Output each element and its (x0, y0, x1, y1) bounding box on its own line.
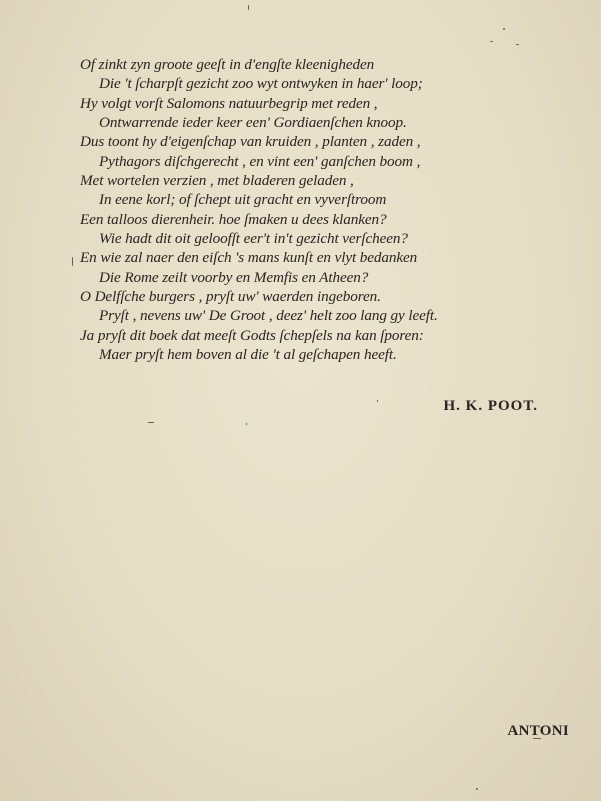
ink-speck (72, 257, 73, 266)
book-page: Of zinkt zyn groote geeſt in d'engſte kl… (0, 0, 601, 801)
poem-line: Of zinkt zyn groote geeſt in d'engſte kl… (80, 55, 540, 74)
poem-line: Die 't ſcharpſt gezicht zoo wyt ontwyken… (80, 74, 540, 93)
poem-line: Pythagors diſchgerecht , en vint een' ga… (80, 152, 540, 171)
ink-speck (148, 422, 154, 423)
poem-line: O Delfſche burgers , pryſt uw' waerden i… (80, 287, 540, 306)
ink-speck (516, 44, 519, 45)
poem-line: Wie hadt dit oit geloofſt eer't in't gez… (80, 229, 540, 248)
ink-speck (503, 28, 505, 30)
ink-speck (476, 788, 478, 790)
poem-line: En wie zal naer den eiſch 's mans kunſt … (80, 248, 540, 267)
poem-line: Hy volgt vorſt Salomons natuurbegrip met… (80, 94, 540, 113)
ink-speck (246, 423, 247, 425)
poem-line: In eene korl; of ſchept uit gracht en vy… (80, 190, 540, 209)
poem-line: Die Rome zeilt voorby en Memfis en Athee… (80, 268, 540, 287)
ink-speck (490, 41, 493, 42)
poem-line: Een talloos dierenheir. hoe ſmaken u dee… (80, 210, 540, 229)
ink-speck (533, 738, 541, 739)
poem-line: Ja pryſt dit boek dat meeſt Godts ſchepſ… (80, 326, 540, 345)
author-signature: H. K. POOT. (444, 398, 538, 415)
ink-speck (248, 5, 249, 10)
ink-speck (377, 400, 378, 402)
poem-line: Ontwarrende ieder keer een' Gordiaenſche… (80, 113, 540, 132)
poem-line: Maer pryſt hem boven al die 't al geſcha… (80, 345, 540, 364)
poem-block: Of zinkt zyn groote geeſt in d'engſte kl… (80, 55, 540, 365)
poem-line: Pryſt , nevens uw' De Groot , deez' helt… (80, 306, 540, 325)
poem-line: Dus toont hy d'eigenſchap van kruiden , … (80, 132, 540, 151)
poem-line: Met wortelen verzien , met bladeren gela… (80, 171, 540, 190)
